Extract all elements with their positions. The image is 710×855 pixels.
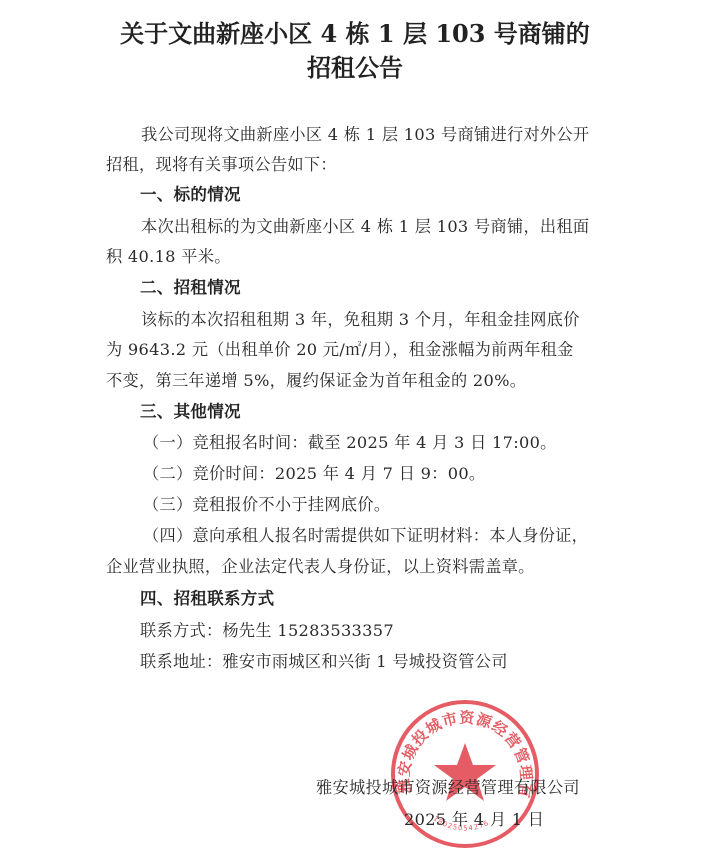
section-1-line-1: 本次出租标的为文曲新座小区 4 栋 1 层 103 号商铺，出租面 [141,213,589,237]
section-2-line-2: 为 9643.2 元（出租单价 20 元/㎡/月），租金涨幅为前两年租金 [106,336,574,360]
section-2-line-3: 不变，第三年递增 5%，履约保证金为首年租金的 20%。 [106,367,526,391]
section-3-item-4-line-2: 企业营业执照，企业法定代表人身份证，以上资料需盖章。 [106,553,535,577]
contact-info: 联系方式：杨先生 15283533357 [140,617,394,641]
section-4-heading: 四、招租联系方式 [140,585,274,609]
section-1-line-2: 积 40.18 平米。 [106,243,231,267]
signature-company: 雅安城投城市资源经营管理有限公司 [316,774,580,798]
intro-paragraph-line-1: 我公司现将文曲新座小区 4 栋 1 层 103 号商铺进行对外公开 [141,121,589,145]
section-3-item-1: （一）竞租报名时间：截至 2025 年 4 月 3 日 17:00。 [143,429,557,453]
section-3-item-2: （二）竞价时间：2025 年 4 月 7 日 9：00。 [143,460,485,484]
signature-date: 2025 年 4 月 1 日 [404,806,544,830]
contact-address: 联系地址：雅安市雨城区和兴街 1 号城投资管公司 [140,648,508,672]
section-2-heading: 二、招租情况 [140,274,241,298]
announcement-document: 关于文曲新座小区 4 栋 1 层 103 号商铺的 招租公告 我公司现将文曲新座… [0,0,710,855]
title-line-1: 关于文曲新座小区 4 栋 1 层 103 号商铺的 [0,14,710,49]
section-3-heading: 三、其他情况 [140,398,241,422]
title-line-2: 招租公告 [0,48,710,83]
section-3-item-3: （三）竞租报价不小于挂网底价。 [143,491,390,515]
section-2-line-1: 该标的本次招租租期 3 年，免租期 3 个月，年租金挂网底价 [141,306,580,330]
section-3-item-4-line-1: （四）意向承租人报名时需提供如下证明材料：本人身份证， [143,522,588,546]
section-1-heading: 一、标的情况 [140,181,241,205]
intro-paragraph-line-2: 招租，现将有关事项公告如下： [106,151,337,175]
